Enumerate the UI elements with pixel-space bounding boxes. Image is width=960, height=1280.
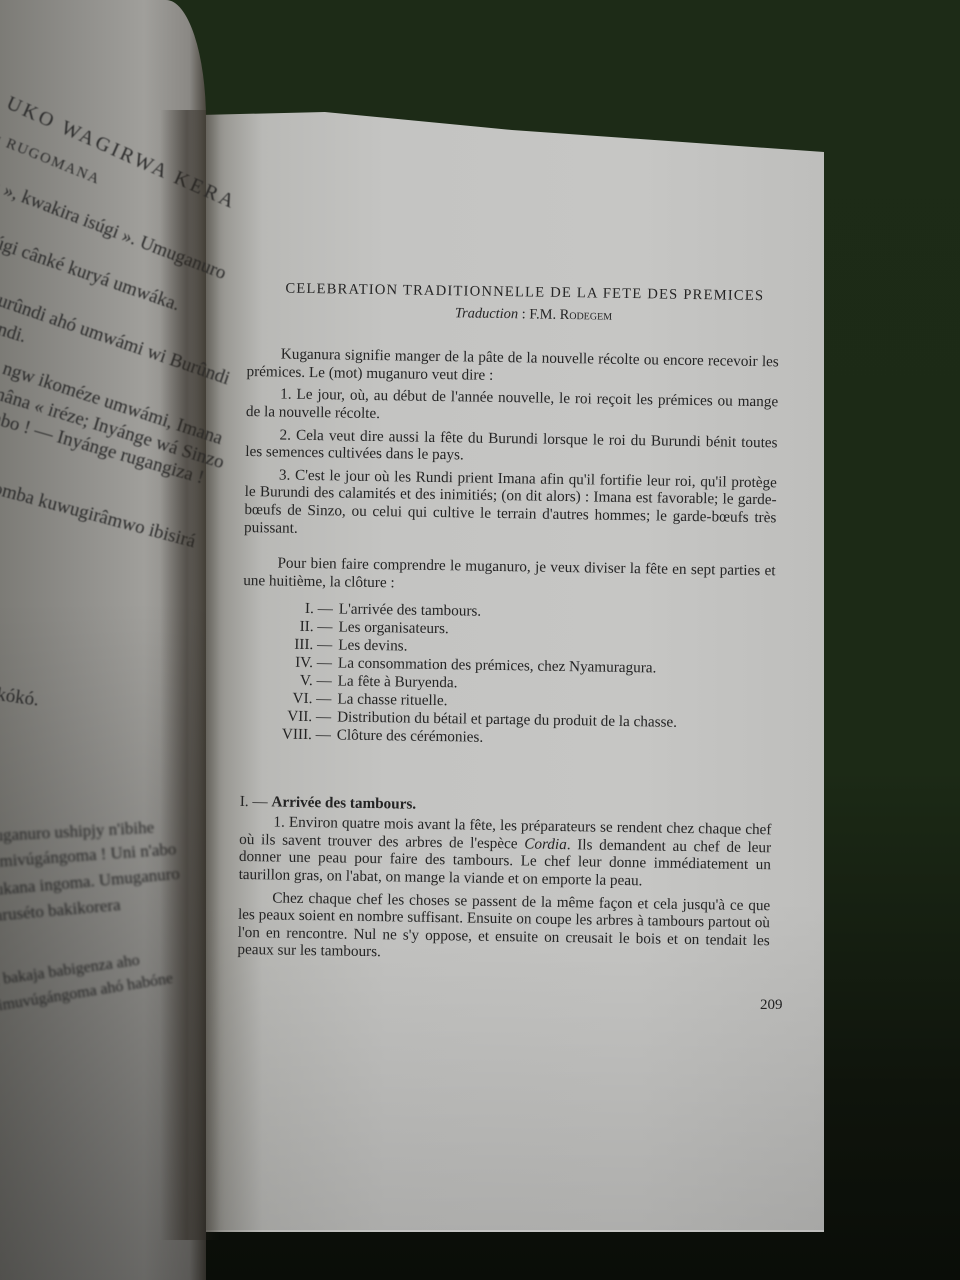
part-title: Les organisateurs. bbox=[338, 619, 449, 639]
section-paragraph-1: 1. Environ quatre mois avant la fête, le… bbox=[239, 813, 772, 892]
definition-2: 2. Cela veut dire aussi la fête du Burun… bbox=[245, 426, 777, 470]
book-spine-gutter bbox=[160, 110, 220, 1240]
part-title: La fête à Buryenda. bbox=[338, 672, 458, 692]
species-name: Cordia bbox=[524, 835, 567, 853]
definition-1: 1. Le jour, où, au début de l'année nouv… bbox=[246, 385, 778, 429]
division-paragraph: Pour bien faire comprendre le muganuro, … bbox=[243, 554, 775, 598]
part-number: IV. — bbox=[242, 653, 338, 672]
translation-separator: : bbox=[518, 306, 529, 322]
parts-list: I. —L'arrivée des tambours. II. —Les org… bbox=[241, 599, 775, 751]
page-number: 209 bbox=[760, 997, 783, 1014]
part-number: VIII. — bbox=[241, 725, 337, 744]
part-title: Clôture des cérémonies. bbox=[337, 726, 484, 746]
part-title: Les devins. bbox=[338, 637, 407, 656]
definition-3: 3. C'est le jour où les Rundi prient Ima… bbox=[244, 466, 777, 545]
part-number: VI. — bbox=[241, 689, 337, 708]
page-content: CELEBRATION TRADITIONNELLE DE LA FETE DE… bbox=[237, 280, 780, 972]
section-title: Arrivée des tambours. bbox=[271, 793, 416, 812]
part-title: La chasse rituelle. bbox=[337, 690, 447, 710]
section-paragraph-2: Chez chaque chef les choses se passent d… bbox=[237, 888, 770, 967]
part-number: II. — bbox=[242, 617, 338, 636]
translator-credit: Traduction : F.M. Rodegem bbox=[287, 302, 779, 327]
part-number: VII. — bbox=[241, 707, 337, 726]
translator-name: F.M. Rodegem bbox=[529, 306, 612, 323]
section-number: I. — bbox=[240, 792, 272, 809]
part-title: L'arrivée des tambours. bbox=[339, 601, 482, 621]
part-number: III. — bbox=[242, 635, 338, 654]
translation-label: Traduction bbox=[455, 305, 518, 322]
part-number: V. — bbox=[242, 671, 338, 690]
part-number: I. — bbox=[243, 599, 339, 618]
intro-paragraph: Kuganura signifie manger de la pâte de l… bbox=[246, 345, 778, 389]
